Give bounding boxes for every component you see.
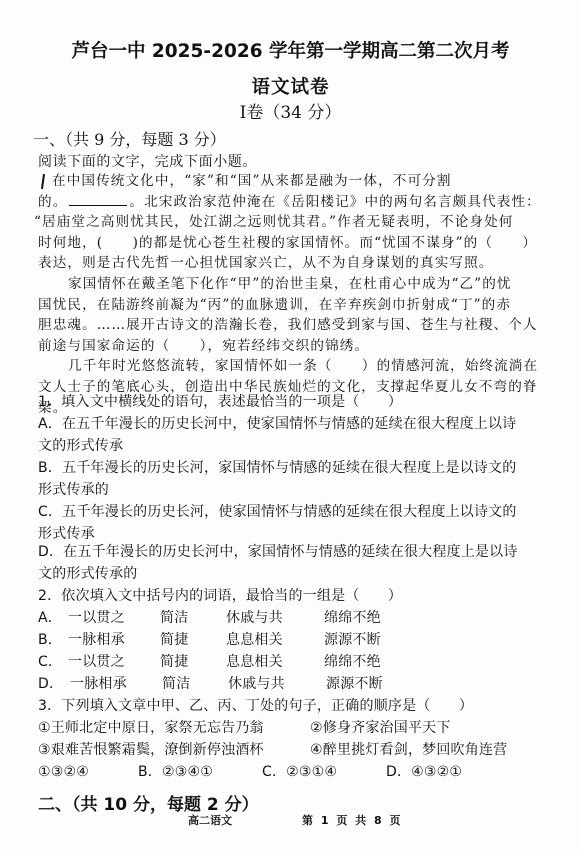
q3-option-a[interactable]: ①③②④ bbox=[38, 763, 138, 781]
q3-option-b[interactable]: B．②③④① bbox=[138, 763, 262, 781]
exam-subtitle: 语文试卷 bbox=[0, 73, 581, 99]
q2-option-c[interactable]: C．一以贯之简捷息息相关绵绵不绝 bbox=[38, 653, 381, 671]
volume-heading: Ⅰ卷（34 分） bbox=[0, 98, 581, 123]
q2-option-b[interactable]: B．一脉相承简捷息息相关源源不断 bbox=[38, 631, 381, 649]
q2-option-d[interactable]: D．一脉相承简洁休戚与共源源不断 bbox=[38, 675, 383, 693]
q3-sentences-row-2: ③艰难苦恨繁霜鬓，潦倒新停浊酒杯④醉里挑灯看剑，梦回吹角连营 bbox=[38, 741, 507, 759]
passage-line: 几千年时光悠悠流转，家国情怀如一条（ ）的情感河流，始终流淌在 bbox=[68, 357, 538, 375]
q2-option-a[interactable]: A．一以贯之简洁休戚与共绵绵不绝 bbox=[38, 609, 381, 627]
passage-line: 时何地，( )的都是忧心苍生社稷的家国情怀。而“忧国不谋身”的（ ） bbox=[38, 234, 537, 252]
passage-line: 在中国传统文化中，“家”和“国”从来都是融为一体，不可分割 bbox=[38, 172, 452, 190]
q1-option-c[interactable]: C．五千年漫长的历史长河，使家国情怀与情感的延续在很大程度上以诗文的 bbox=[38, 503, 517, 521]
q1-option-b-cont: 形式传承的 bbox=[38, 481, 109, 499]
q1-option-b[interactable]: B．五千年漫长的历史长河，家国情怀与情感的延续在很大程度上是以诗文的 bbox=[38, 459, 516, 477]
q1-option-a[interactable]: A．在五千年漫长的历史长河中，使家国情怀与情感的延续在很大程度上以诗 bbox=[38, 415, 516, 433]
pen-mark-icon bbox=[41, 174, 45, 189]
passage-line: “居庙堂之高则忧其民，处江湖之远则忧其君。”作者无疑表明，不论身处何 bbox=[34, 213, 514, 231]
exam-title: 芦台一中 2025-2026 学年第一学期高二第二次月考 bbox=[0, 37, 581, 63]
reading-instruction: 阅读下面的文字，完成下面小题。 bbox=[38, 153, 257, 171]
passage-line: 胆忠魂。……展开古诗文的浩瀚长卷，我们感受到家与国、苍生与社稷、个人 bbox=[38, 316, 538, 334]
footer-subject: 高二语文 bbox=[188, 812, 232, 828]
q1-option-a-cont: 文的形式传承 bbox=[38, 437, 123, 455]
passage-line: 的。。北宋政治家范仲淹在《岳阳楼记》中的两句名言颇具代表性： bbox=[38, 193, 541, 211]
q1-option-c-cont: 形式传承 bbox=[38, 525, 95, 543]
passage-line: 表达，则是古代先哲一心担忧国家兴亡，从不为自身谋划的真实写照。 bbox=[38, 254, 494, 272]
q3-sentences-row-1: ①王师北定中原日，家祭无忘告乃翁②修身齐家治国平天下 bbox=[38, 719, 451, 737]
q3-option-c[interactable]: C．②③①④ bbox=[262, 763, 386, 781]
passage-line: 家国情怀在戴圣笔下化作“甲”的治世圭臬，在杜甫心中成为“乙”的忧 bbox=[68, 275, 512, 293]
question-2-stem: 2．依次填入文中括号内的词语，最恰当的一组是（ ） bbox=[38, 587, 402, 605]
question-1-stem: 1．填入文中横线处的语句，表述最恰当的一项是（ ） bbox=[38, 393, 402, 411]
q3-option-d[interactable]: D．④③②① bbox=[386, 763, 462, 781]
exam-page: 芦台一中 2025-2026 学年第一学期高二第二次月考 语文试卷 Ⅰ卷（34 … bbox=[0, 0, 581, 854]
fill-blank bbox=[69, 193, 127, 206]
q3-options-row: ①③②④B．②③④①C．②③①④D．④③②① bbox=[38, 763, 462, 781]
q1-option-d[interactable]: D．在五千年漫长的历史长河中，家国情怀与情感的延续在很大程度上是以诗 bbox=[38, 543, 518, 561]
passage-line: 国忧民，在陆游终前凝为“丙”的血脉遗训，在辛弃疾剑巾折射成“丁”的赤 bbox=[38, 296, 511, 314]
passage-line: 前途与国家命运的（ ），宛若经纬交织的锦绣。 bbox=[38, 337, 369, 355]
section-1-heading: 一、（共 9 分，每题 3 分） bbox=[33, 127, 226, 150]
question-3-stem: 3．下列填入文章中甲、乙、丙、丁处的句子，正确的顺序是（ ） bbox=[38, 697, 473, 715]
q1-option-d-cont: 文的形式传承的 bbox=[38, 565, 137, 583]
footer-page-number: 第 1 页 共 8 页 bbox=[302, 812, 402, 828]
